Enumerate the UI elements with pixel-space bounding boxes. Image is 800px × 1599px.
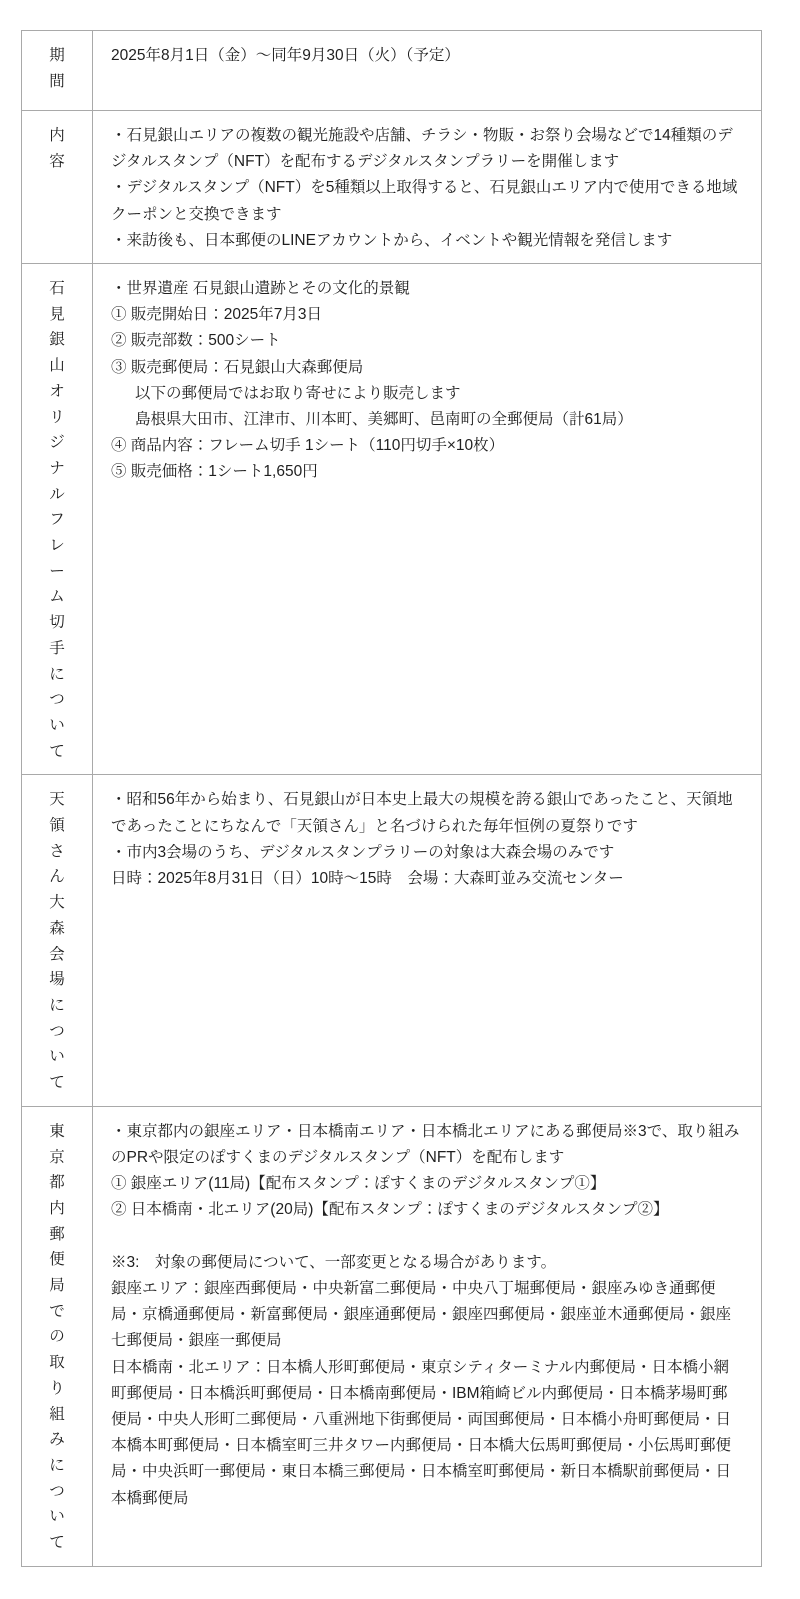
text-line: ※3: 対象の郵便局について、一部変更となる場合があります。: [111, 1250, 741, 1276]
row-label: 天領さん大森会場について: [48, 787, 65, 1095]
text-line: ② 日本橋南・北エリア(20局)【配布スタンプ：ぽすくまのデジタルスタンプ②】: [111, 1197, 741, 1223]
text-line: ① 銀座エリア(11局)【配布スタンプ：ぽすくまのデジタルスタンプ①】: [111, 1171, 741, 1197]
text-line: ・来訪後も、日本郵便のLINEアカウントから、イベントや観光情報を発信します: [111, 228, 741, 254]
row-label: 期間: [48, 43, 65, 94]
text-line: ⑤ 販売価格：1シート1,650円: [111, 459, 741, 485]
text-line: ② 販売部数：500シート: [111, 328, 741, 354]
text-line: ・市内3会場のうち、デジタルスタンプラリーの対象は大森会場のみです: [111, 840, 741, 866]
text-line: ④ 商品内容：フレーム切手 1シート（110円切手×10枚）: [111, 433, 741, 459]
text-line: ・昭和56年から始まり、石見銀山が日本史上最大の規模を誇る銀山であったこと、天領…: [111, 787, 741, 839]
spacer-line: [111, 1224, 741, 1250]
text-line: 日本橋南・北エリア：日本橋人形町郵便局・東京シティターミナル内郵便局・日本橋小網…: [111, 1355, 741, 1512]
text-line: 日時：2025年8月31日（日）10時～15時 会場：大森町並み交流センター: [111, 866, 741, 892]
row-label: 石見銀山オリジナルフレーム切手について: [48, 276, 65, 764]
table-row-tenryosan: 天領さん大森会場について ・昭和56年から始まり、石見銀山が日本史上最大の規模を…: [22, 775, 762, 1106]
row-content-cell: ・東京都内の銀座エリア・日本橋南エリア・日本橋北エリアにある郵便局※3で、取り組…: [93, 1106, 762, 1566]
row-content-cell: ・世界遺産 石見銀山遺跡とその文化的景観 ① 販売開始日：2025年7月3日 ②…: [93, 264, 762, 775]
row-content-cell: 2025年8月1日（金）～同年9月30日（火）（予定）: [93, 31, 762, 111]
row-content-cell: ・昭和56年から始まり、石見銀山が日本史上最大の規模を誇る銀山であったこと、天領…: [93, 775, 762, 1106]
row-content-cell: ・石見銀山エリアの複数の観光施設や店舗、チラシ・物販・お祭り会場などで14種類の…: [93, 111, 762, 264]
row-label-cell: 期間: [22, 31, 93, 111]
text-line: ・世界遺産 石見銀山遺跡とその文化的景観: [111, 276, 741, 302]
text-line: 2025年8月1日（金）～同年9月30日（火）（予定）: [111, 43, 741, 69]
text-line: ・石見銀山エリアの複数の観光施設や店舗、チラシ・物販・お祭り会場などで14種類の…: [111, 123, 741, 175]
row-label: 東京都内郵便局での取り組みについて: [48, 1119, 65, 1556]
row-label-cell: 東京都内郵便局での取り組みについて: [22, 1106, 93, 1566]
row-label-cell: 石見銀山オリジナルフレーム切手について: [22, 264, 93, 775]
table-row-tokyo-post-offices: 東京都内郵便局での取り組みについて ・東京都内の銀座エリア・日本橋南エリア・日本…: [22, 1106, 762, 1566]
table-row-overview: 内容 ・石見銀山エリアの複数の観光施設や店舗、チラシ・物販・お祭り会場などで14…: [22, 111, 762, 264]
text-line: ・デジタルスタンプ（NFT）を5種類以上取得すると、石見銀山エリア内で使用できる…: [111, 175, 741, 227]
text-line: ③ 販売郵便局：石見銀山大森郵便局: [111, 355, 741, 381]
info-table: 期間 2025年8月1日（金）～同年9月30日（火）（予定） 内容 ・石見銀山エ…: [21, 30, 762, 1567]
text-line: 以下の郵便局ではお取り寄せにより販売します: [111, 381, 741, 407]
text-line: ① 販売開始日：2025年7月3日: [111, 302, 741, 328]
document-page: 期間 2025年8月1日（金）～同年9月30日（火）（予定） 内容 ・石見銀山エ…: [0, 0, 800, 1599]
row-label: 内容: [48, 123, 65, 174]
table-row-frame-stamp: 石見銀山オリジナルフレーム切手について ・世界遺産 石見銀山遺跡とその文化的景観…: [22, 264, 762, 775]
text-line: 銀座エリア：銀座西郵便局・中央新富二郵便局・中央八丁堀郵便局・銀座みゆき通郵便局…: [111, 1276, 741, 1355]
table-row-period: 期間 2025年8月1日（金）～同年9月30日（火）（予定）: [22, 31, 762, 111]
row-label-cell: 内容: [22, 111, 93, 264]
text-line: 島根県大田市、江津市、川本町、美郷町、邑南町の全郵便局（計61局）: [111, 407, 741, 433]
row-label-cell: 天領さん大森会場について: [22, 775, 93, 1106]
text-line: ・東京都内の銀座エリア・日本橋南エリア・日本橋北エリアにある郵便局※3で、取り組…: [111, 1119, 741, 1171]
